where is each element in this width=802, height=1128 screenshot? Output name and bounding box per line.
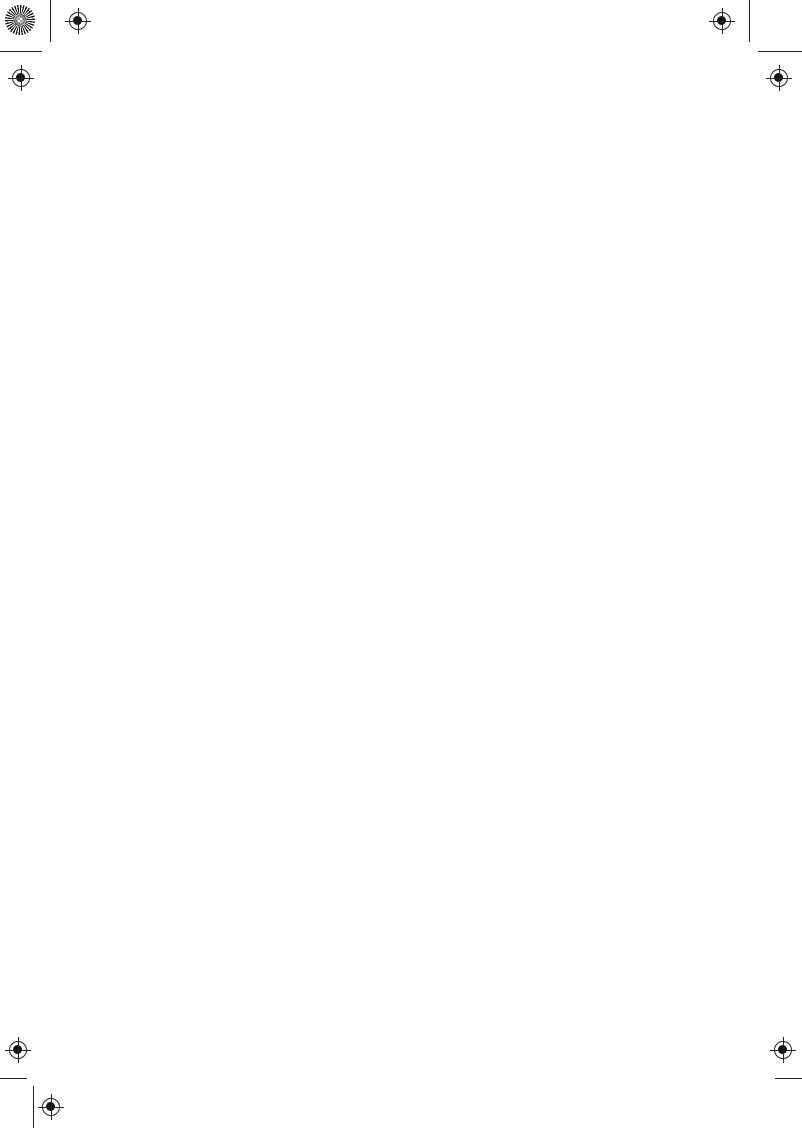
registration-mark-icon xyxy=(770,1037,796,1063)
registration-mark-icon xyxy=(766,65,792,91)
registration-mark-icon xyxy=(5,1037,31,1063)
crop-line xyxy=(0,51,42,52)
crop-line xyxy=(749,0,750,42)
color-calibration-starburst-top-left xyxy=(5,5,35,35)
registration-mark-icon xyxy=(65,8,91,34)
crop-line xyxy=(775,1078,802,1079)
crop-line xyxy=(758,51,802,52)
registration-mark-icon xyxy=(709,8,735,34)
registration-mark-icon xyxy=(8,65,34,91)
crop-line xyxy=(33,1086,34,1128)
registration-mark-icon xyxy=(38,1094,64,1120)
crop-line xyxy=(0,1078,27,1079)
crop-line xyxy=(50,0,51,42)
